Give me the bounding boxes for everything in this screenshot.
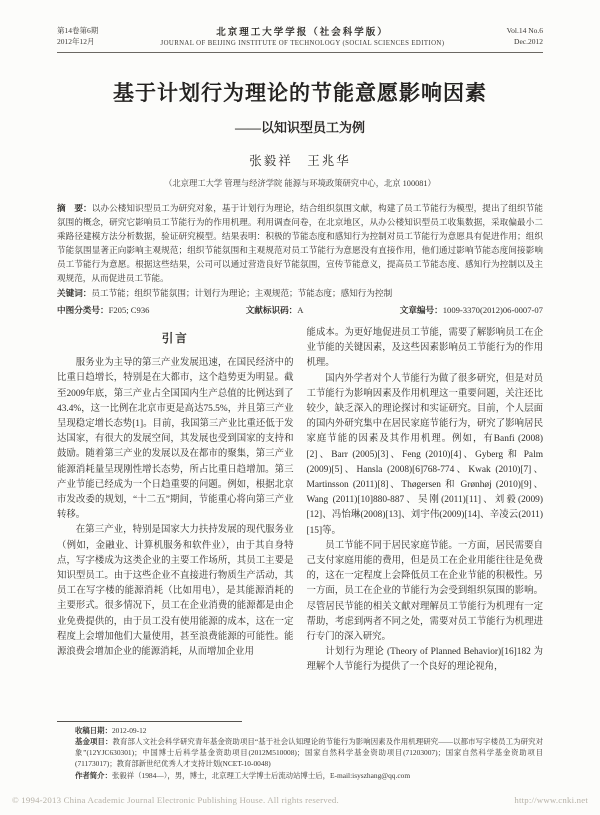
clc-number: 中图分类号：F205; C936 (57, 304, 149, 316)
copyright-notice: © 1994-2013 China Academic Journal Elect… (12, 795, 339, 805)
article-id-value: 1009-3370(2012)06-0007-07 (443, 305, 543, 315)
right-column: 能成本。为更好地促进员工节能，需要了解影响员工在企业节能的关键因素，及这些因素影… (307, 326, 544, 676)
document-code: 文献标识码：A (246, 304, 304, 316)
issue-volume: 第14卷第6期 (57, 26, 98, 37)
first-page-footnote: 收稿日期：2012-09-12 基金项目：教育部人文社会科学研究青年基金资助项目… (57, 721, 543, 781)
received-date: 收稿日期：2012-09-12 (75, 725, 543, 736)
body-paragraph: 计划行为理论 (Theory of Planned Behavior)[16]1… (307, 645, 544, 675)
doc-code-label: 文献标识码： (246, 305, 298, 315)
clc-label: 中图分类号： (57, 305, 109, 315)
issue-date-cn: 2012年12月 (57, 37, 98, 48)
journal-volume-info: Vol.14 No.6 Dec.2012 (507, 26, 543, 47)
body-paragraph: 国内外学者对个人节能行为做了很多研究，但是对员工节能行为影响因素及作用机理这一重… (307, 372, 544, 539)
issue-date-en: Dec.2012 (507, 37, 543, 48)
body-paragraph: 能成本。为更好地促进员工节能，需要了解影响员工在企业节能的关键因素，及这些因素影… (307, 326, 544, 372)
body-paragraph: 在第三产业，特别是国家大力扶持发展的现代服务业（例如，金融业、计算机服务和软件业… (57, 523, 294, 660)
footnote-divider (57, 721, 242, 722)
volume-number-en: Vol.14 No.6 (507, 26, 543, 37)
journal-title-block: 北京理工大学学报（社会科学版） JOURNAL OF BEIJING INSTI… (98, 24, 506, 47)
header-divider (57, 52, 543, 53)
received-date-value: 2012-09-12 (112, 726, 147, 735)
footnote-body: 收稿日期：2012-09-12 基金项目：教育部人文社会科学研究青年基金资助项目… (57, 725, 543, 781)
fund-project-label: 基金项目： (75, 737, 112, 746)
cnki-footer: © 1994-2013 China Academic Journal Elect… (12, 795, 588, 805)
clc-value: F205; C936 (109, 305, 150, 315)
body-columns: 引言 服务业为主导的第三产业发展迅速，在国民经济中的比重日趋增长，特别是在大都市… (57, 326, 543, 676)
author-bio-value: 张毅祥（1984—），男，博士，北京理工大学博士后流动站博士后，E-mail:i… (112, 771, 410, 780)
cnki-url: http://www.cnki.net (514, 795, 588, 805)
left-column: 引言 服务业为主导的第三产业发展迅速，在国民经济中的比重日趋增长，特别是在大都市… (57, 326, 294, 676)
classification-row: 中图分类号：F205; C936 文献标识码：A 文章编号：1009-3370(… (57, 304, 543, 316)
author-bio: 作者简介：张毅祥（1984—），男，博士，北京理工大学博士后流动站博士后，E-m… (75, 770, 543, 781)
journal-title-cn: 北京理工大学学报（社会科学版） (106, 24, 498, 38)
keywords-label: 关键词： (57, 288, 91, 298)
keywords-text: 员工节能；组织节能氛围；计划行为理论；主观规范；节能态度；感知行为控制 (91, 288, 392, 298)
body-paragraph: 服务业为主导的第三产业发展迅速，在国民经济中的比重日趋增长，特别是在大都市，这个… (57, 356, 294, 523)
abstract-text: 以办公楼知识型员工为研究对象，基于计划行为理论，结合组织氛围文献，构建了员工节能… (57, 203, 543, 283)
affiliation: （北京理工大学 管理与经济学院 能源与环境政策研究中心，北京 100081） (57, 177, 543, 189)
article-title: 基于计划行为理论的节能意愿影响因素 (57, 77, 543, 107)
fund-project: 基金项目：教育部人文社会科学研究青年基金资助项目“基于社会认知理论的节能行为影响… (75, 736, 543, 770)
journal-header: 第14卷第6期 2012年12月 北京理工大学学报（社会科学版） JOURNAL… (57, 24, 543, 47)
article-subtitle: ——以知识型员工为例 (57, 117, 543, 136)
article-id-label: 文章编号： (400, 305, 443, 315)
author-bio-label: 作者简介： (75, 771, 112, 780)
journal-title-en: JOURNAL OF BEIJING INSTITUTE OF TECHNOLO… (106, 40, 498, 47)
article-id: 文章编号：1009-3370(2012)06-0007-07 (400, 304, 543, 316)
journal-issue-info: 第14卷第6期 2012年12月 (57, 26, 98, 47)
abstract: 摘 要：以办公楼知识型员工为研究对象，基于计划行为理论，结合组织氛围文献，构建了… (57, 201, 543, 285)
fund-project-value: 教育部人文社会科学研究青年基金资助项目“基于社会认知理论的节能行为影响因素及作用… (75, 737, 543, 769)
section-heading-introduction: 引言 (57, 332, 294, 347)
doc-code-value: A (297, 305, 303, 315)
body-paragraph: 员工节能不同于居民家庭节能。一方面，居民需要自己支付家庭用能的费用，但是员工在企… (307, 539, 544, 645)
received-date-label: 收稿日期： (75, 726, 112, 735)
authors: 张毅祥 王兆华 (57, 151, 543, 169)
keywords: 关键词：员工节能；组织节能氛围；计划行为理论；主观规范；节能态度；感知行为控制 (57, 286, 543, 300)
abstract-label: 摘 要： (57, 203, 92, 213)
paper-page: 第14卷第6期 2012年12月 北京理工大学学报（社会科学版） JOURNAL… (0, 0, 600, 815)
